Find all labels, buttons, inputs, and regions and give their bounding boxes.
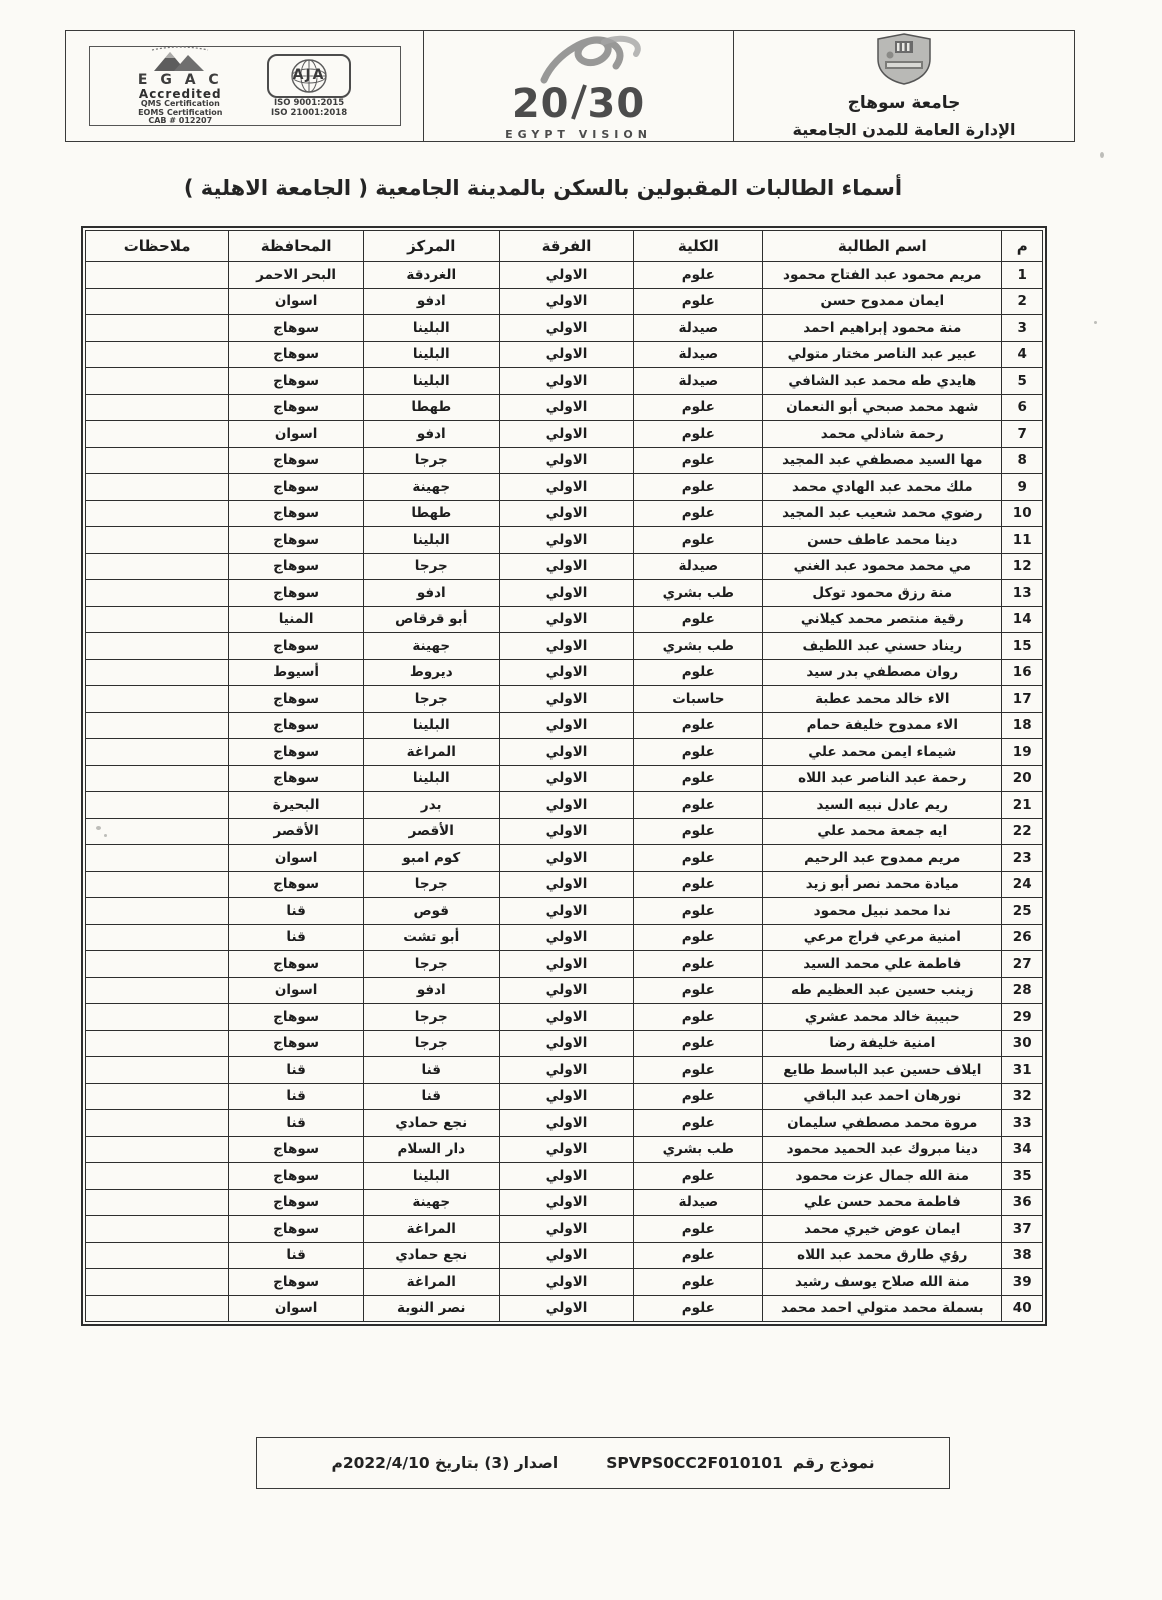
cell-grade: الاولي xyxy=(499,394,634,421)
cell-name: ريم عادل نبيه السيد xyxy=(763,792,1002,819)
vision-30: 30 xyxy=(588,86,646,122)
cell-name: ملك محمد عبد الهادي محمد xyxy=(763,474,1002,501)
cell-grade: الاولي xyxy=(499,368,634,395)
cell-no: 29 xyxy=(1002,1004,1043,1031)
cell-notes xyxy=(86,580,229,607)
cell-name: هايدي طه محمد عبد الشافي xyxy=(763,368,1002,395)
cell-college: علوم xyxy=(634,977,763,1004)
cell-center: جرجا xyxy=(363,871,499,898)
cell-grade: الاولي xyxy=(499,315,634,342)
cell-center: جرجا xyxy=(363,553,499,580)
table-row: 14رقية منتصر محمد كيلانيعلومالاوليأبو قر… xyxy=(86,606,1043,633)
scan-artifact xyxy=(104,834,107,837)
cell-no: 35 xyxy=(1002,1163,1043,1190)
form-number-code: SPVPS0CC2F010101 xyxy=(606,1454,783,1472)
cell-college: علوم xyxy=(634,262,763,289)
cell-governorate: سوهاج xyxy=(229,1189,364,1216)
cell-center: قوص xyxy=(363,898,499,925)
cell-grade: الاولي xyxy=(499,288,634,315)
students-table: م اسم الطالبة الكلية الفرقة المركز المحا… xyxy=(85,230,1043,1322)
aja-iso-line2: ISO 21001:2018 xyxy=(271,108,347,118)
cell-grade: الاولي xyxy=(499,818,634,845)
cell-notes xyxy=(86,898,229,925)
cell-college: علوم xyxy=(634,951,763,978)
cell-name: منة الله صلاح يوسف رشيد xyxy=(763,1269,1002,1296)
table-row: 20رحمة عبد الناصر عبد اللاهعلومالاوليالب… xyxy=(86,765,1043,792)
table-row: 7رحمة شاذلي محمدعلومالاوليادفواسوان xyxy=(86,421,1043,448)
cell-grade: الاولي xyxy=(499,1242,634,1269)
cell-no: 39 xyxy=(1002,1269,1043,1296)
cell-governorate: اسوان xyxy=(229,288,364,315)
table-row: 17الاء خالد محمد عطبةحاسباتالاوليجرجاسوه… xyxy=(86,686,1043,713)
table-row: 26امنية مرعي فراج مرعيعلومالاوليأبو تشتق… xyxy=(86,924,1043,951)
cell-notes xyxy=(86,288,229,315)
cell-name: حبيبة خالد محمد عشري xyxy=(763,1004,1002,1031)
table-row: 27فاطمة علي محمد السيدعلومالاوليجرجاسوها… xyxy=(86,951,1043,978)
cell-governorate: سوهاج xyxy=(229,553,364,580)
table-row: 10رضوي محمد شعيب عبد المجيدعلومالاوليطهط… xyxy=(86,500,1043,527)
form-number-box: نموذج رقم SPVPS0CC2F010101 اصدار (3) بتا… xyxy=(256,1437,950,1489)
egypt-vision-2030-logo: 20 30 EGYPT VISION xyxy=(424,31,734,141)
cell-notes xyxy=(86,951,229,978)
cell-governorate: قنا xyxy=(229,1242,364,1269)
cell-college: علوم xyxy=(634,1269,763,1296)
cell-college: علوم xyxy=(634,1242,763,1269)
cell-center: نجع حمادي xyxy=(363,1110,499,1137)
cell-college: صيدلة xyxy=(634,315,763,342)
cell-name: رضوي محمد شعيب عبد المجيد xyxy=(763,500,1002,527)
cell-college: طب بشري xyxy=(634,580,763,607)
cell-notes xyxy=(86,1030,229,1057)
cell-no: 37 xyxy=(1002,1216,1043,1243)
cell-name: بسملة محمد متولي احمد محمد xyxy=(763,1295,1002,1322)
cell-name: عبير عبد الناصر مختار متولي xyxy=(763,341,1002,368)
cell-no: 27 xyxy=(1002,951,1043,978)
table-row: 19شيماء ايمن محمد عليعلومالاوليالمراغةسو… xyxy=(86,739,1043,766)
cell-notes xyxy=(86,606,229,633)
cell-grade: الاولي xyxy=(499,739,634,766)
table-row: 33مروة محمد مصطفي سليمانعلومالاولينجع حم… xyxy=(86,1110,1043,1137)
table-row: 37ايمان عوض خيري محمدعلومالاوليالمراغةسو… xyxy=(86,1216,1043,1243)
form-issue-text: اصدار (3) بتاريخ 2022/4/10م xyxy=(331,1454,558,1472)
cell-center: قنا xyxy=(363,1057,499,1084)
cell-grade: الاولي xyxy=(499,1110,634,1137)
cell-center: جرجا xyxy=(363,1004,499,1031)
cell-college: علوم xyxy=(634,871,763,898)
cell-center: كوم امبو xyxy=(363,845,499,872)
cell-college: علوم xyxy=(634,659,763,686)
cell-notes xyxy=(86,262,229,289)
aja-label: AJA xyxy=(293,67,326,84)
cell-center: دار السلام xyxy=(363,1136,499,1163)
table-row: 16روان مصطفي بدر سيدعلومالاوليديروطأسيوط xyxy=(86,659,1043,686)
cell-name: ايمان ممدوح حسن xyxy=(763,288,1002,315)
cell-governorate: سوهاج xyxy=(229,447,364,474)
accreditation-cell: E G A C Accredited QMS Certification EOM… xyxy=(66,31,424,141)
cell-notes xyxy=(86,765,229,792)
cell-grade: الاولي xyxy=(499,606,634,633)
cell-governorate: أسيوط xyxy=(229,659,364,686)
cell-grade: الاولي xyxy=(499,1216,634,1243)
egac-letters: E G A C xyxy=(138,73,223,88)
cell-notes xyxy=(86,447,229,474)
cell-center: جهينة xyxy=(363,633,499,660)
cell-grade: الاولي xyxy=(499,553,634,580)
cell-college: علوم xyxy=(634,447,763,474)
cell-name: روان مصطفي بدر سيد xyxy=(763,659,1002,686)
cell-name: مروة محمد مصطفي سليمان xyxy=(763,1110,1002,1137)
cell-center: المراغة xyxy=(363,1269,499,1296)
cell-name: مها السيد مصطفي عبد المجيد xyxy=(763,447,1002,474)
cell-center: نصر النوبة xyxy=(363,1295,499,1322)
cell-governorate: سوهاج xyxy=(229,686,364,713)
cell-no: 15 xyxy=(1002,633,1043,660)
table-row: 5هايدي طه محمد عبد الشافيصيدلةالاوليالبل… xyxy=(86,368,1043,395)
cell-governorate: قنا xyxy=(229,898,364,925)
cell-center: البلينا xyxy=(363,527,499,554)
cell-governorate: اسوان xyxy=(229,1295,364,1322)
cell-grade: الاولي xyxy=(499,898,634,925)
scan-artifact xyxy=(1100,152,1104,158)
cell-college: علوم xyxy=(634,898,763,925)
cell-grade: الاولي xyxy=(499,1057,634,1084)
cell-no: 14 xyxy=(1002,606,1043,633)
table-row: 30امنية خليفة رضاعلومالاوليجرجاسوهاج xyxy=(86,1030,1043,1057)
cell-grade: الاولي xyxy=(499,580,634,607)
cell-governorate: قنا xyxy=(229,1057,364,1084)
cell-college: علوم xyxy=(634,792,763,819)
cell-center: جهينة xyxy=(363,1189,499,1216)
cell-governorate: البحر الاحمر xyxy=(229,262,364,289)
vision-slash-icon xyxy=(570,82,588,127)
cell-notes xyxy=(86,1242,229,1269)
cell-name: امنية مرعي فراج مرعي xyxy=(763,924,1002,951)
cell-name: ريناد حسني عبد اللطيف xyxy=(763,633,1002,660)
table-header-row: م اسم الطالبة الكلية الفرقة المركز المحا… xyxy=(86,231,1043,262)
table-row: 22ايه جمعة محمد عليعلومالاوليالأقصرالأقص… xyxy=(86,818,1043,845)
cell-governorate: سوهاج xyxy=(229,633,364,660)
cell-name: شيماء ايمن محمد علي xyxy=(763,739,1002,766)
cell-grade: الاولي xyxy=(499,1269,634,1296)
cell-center: الأقصر xyxy=(363,818,499,845)
cell-governorate: سوهاج xyxy=(229,951,364,978)
cell-grade: الاولي xyxy=(499,871,634,898)
cell-notes xyxy=(86,1189,229,1216)
cell-notes xyxy=(86,553,229,580)
cell-name: مريم ممدوح عبد الرحيم xyxy=(763,845,1002,872)
cell-notes xyxy=(86,527,229,554)
cell-notes xyxy=(86,1057,229,1084)
cell-governorate: سوهاج xyxy=(229,765,364,792)
cell-college: صيدلة xyxy=(634,368,763,395)
cell-notes xyxy=(86,1004,229,1031)
cell-name: رؤي طارق محمد عبد اللاه xyxy=(763,1242,1002,1269)
cell-governorate: سوهاج xyxy=(229,1163,364,1190)
cell-governorate: اسوان xyxy=(229,977,364,1004)
cell-name: شهد محمد صبحي أبو النعمان xyxy=(763,394,1002,421)
cell-no: 25 xyxy=(1002,898,1043,925)
egac-logo: E G A C Accredited QMS Certification EOM… xyxy=(138,46,223,125)
aja-iso-line1: ISO 9001:2015 xyxy=(274,98,344,108)
university-department: الإدارة العامة للمدن الجامعية xyxy=(793,120,1016,139)
cell-notes xyxy=(86,1110,229,1137)
cell-governorate: سوهاج xyxy=(229,500,364,527)
cell-grade: الاولي xyxy=(499,447,634,474)
cell-notes xyxy=(86,845,229,872)
table-row: 18الاء ممدوح خليفة حمامعلومالاوليالبلينا… xyxy=(86,712,1043,739)
cell-notes xyxy=(86,394,229,421)
cell-no: 8 xyxy=(1002,447,1043,474)
vision-caption: EGYPT VISION xyxy=(505,128,652,141)
cell-college: علوم xyxy=(634,1110,763,1137)
cell-notes xyxy=(86,421,229,448)
table-row: 29حبيبة خالد محمد عشريعلومالاوليجرجاسوها… xyxy=(86,1004,1043,1031)
cell-center: المراغة xyxy=(363,1216,499,1243)
cell-no: 17 xyxy=(1002,686,1043,713)
cell-college: صيدلة xyxy=(634,553,763,580)
cell-governorate: سوهاج xyxy=(229,368,364,395)
table-row: 36فاطمة محمد حسن عليصيدلةالاوليجهينةسوها… xyxy=(86,1189,1043,1216)
table-row: 23مريم ممدوح عبد الرحيمعلومالاوليكوم امب… xyxy=(86,845,1043,872)
cell-grade: الاولي xyxy=(499,977,634,1004)
cell-center: أبو قرقاص xyxy=(363,606,499,633)
col-header-number: م xyxy=(1002,231,1043,262)
col-header-grade: الفرقة xyxy=(499,231,634,262)
cell-notes xyxy=(86,474,229,501)
cell-governorate: سوهاج xyxy=(229,1269,364,1296)
cell-college: علوم xyxy=(634,1004,763,1031)
cell-college: علوم xyxy=(634,1083,763,1110)
egac-cab-number: CAB # 012207 xyxy=(148,117,212,125)
cell-no: 32 xyxy=(1002,1083,1043,1110)
cell-center: ادفو xyxy=(363,421,499,448)
table-row: 3منة محمود إبراهيم احمدصيدلةالاوليالبلين… xyxy=(86,315,1043,342)
vision-2030-numerals: 20 30 xyxy=(512,82,645,127)
cell-center: أبو تشت xyxy=(363,924,499,951)
cell-notes xyxy=(86,1163,229,1190)
cell-name: ميادة محمد نصر أبو زيد xyxy=(763,871,1002,898)
cell-no: 13 xyxy=(1002,580,1043,607)
cell-grade: الاولي xyxy=(499,1189,634,1216)
aja-globe-icon: AJA xyxy=(267,54,351,98)
cell-college: علوم xyxy=(634,421,763,448)
cell-name: رقية منتصر محمد كيلاني xyxy=(763,606,1002,633)
cell-no: 5 xyxy=(1002,368,1043,395)
table-row: 8مها السيد مصطفي عبد المجيدعلومالاوليجرج… xyxy=(86,447,1043,474)
cell-no: 26 xyxy=(1002,924,1043,951)
cell-name: نورهان احمد عبد الباقي xyxy=(763,1083,1002,1110)
cell-governorate: سوهاج xyxy=(229,580,364,607)
cell-notes xyxy=(86,341,229,368)
table-row: 2ايمان ممدوح حسنعلومالاوليادفواسوان xyxy=(86,288,1043,315)
cell-center: البلينا xyxy=(363,368,499,395)
cell-name: زينب حسين عبد العظيم طه xyxy=(763,977,1002,1004)
cell-governorate: سوهاج xyxy=(229,739,364,766)
cell-center: طهطا xyxy=(363,500,499,527)
cell-notes xyxy=(86,739,229,766)
cell-no: 19 xyxy=(1002,739,1043,766)
cell-no: 4 xyxy=(1002,341,1043,368)
cell-name: منة رزق محمود توكل xyxy=(763,580,1002,607)
table-row: 31ايلاف حسين عبد الباسط طايععلومالاوليقن… xyxy=(86,1057,1043,1084)
cell-no: 18 xyxy=(1002,712,1043,739)
cell-no: 12 xyxy=(1002,553,1043,580)
cell-grade: الاولي xyxy=(499,527,634,554)
cell-grade: الاولي xyxy=(499,1083,634,1110)
cell-name: ايلاف حسين عبد الباسط طايع xyxy=(763,1057,1002,1084)
cell-notes xyxy=(86,1269,229,1296)
cell-no: 16 xyxy=(1002,659,1043,686)
cell-college: علوم xyxy=(634,818,763,845)
table-row: 28زينب حسين عبد العظيم طهعلومالاوليادفوا… xyxy=(86,977,1043,1004)
cell-college: علوم xyxy=(634,765,763,792)
cell-college: علوم xyxy=(634,739,763,766)
table-row: 39منة الله صلاح يوسف رشيدعلومالاوليالمرا… xyxy=(86,1269,1043,1296)
col-header-college: الكلية xyxy=(634,231,763,262)
cell-college: طب بشري xyxy=(634,1136,763,1163)
cell-grade: الاولي xyxy=(499,845,634,872)
cell-center: البلينا xyxy=(363,712,499,739)
cell-notes xyxy=(86,659,229,686)
cell-no: 11 xyxy=(1002,527,1043,554)
cell-name: الاء ممدوح خليفة حمام xyxy=(763,712,1002,739)
cell-governorate: سوهاج xyxy=(229,527,364,554)
cell-college: حاسبات xyxy=(634,686,763,713)
cell-name: امنية خليفة رضا xyxy=(763,1030,1002,1057)
page-title: أسماء الطالبات المقبولين بالسكن بالمدينة… xyxy=(60,176,1026,200)
cell-notes xyxy=(86,1136,229,1163)
cell-notes xyxy=(86,633,229,660)
cell-grade: الاولي xyxy=(499,659,634,686)
cell-grade: الاولي xyxy=(499,765,634,792)
cell-governorate: سوهاج xyxy=(229,712,364,739)
cell-no: 6 xyxy=(1002,394,1043,421)
cell-college: علوم xyxy=(634,500,763,527)
students-table-wrapper: م اسم الطالبة الكلية الفرقة المركز المحا… xyxy=(81,226,1047,1326)
cell-grade: الاولي xyxy=(499,1004,634,1031)
cell-center: البلينا xyxy=(363,1163,499,1190)
cell-grade: الاولي xyxy=(499,1030,634,1057)
cell-governorate: سوهاج xyxy=(229,315,364,342)
cell-center: البلينا xyxy=(363,341,499,368)
cell-no: 2 xyxy=(1002,288,1043,315)
scan-artifact xyxy=(1094,321,1097,324)
cell-grade: الاولي xyxy=(499,1163,634,1190)
cell-center: البلينا xyxy=(363,765,499,792)
table-row: 35منة الله جمال عزت محمودعلومالاوليالبلي… xyxy=(86,1163,1043,1190)
cell-grade: الاولي xyxy=(499,500,634,527)
cell-grade: الاولي xyxy=(499,951,634,978)
cell-governorate: سوهاج xyxy=(229,871,364,898)
cell-notes xyxy=(86,315,229,342)
scanned-document-page: E G A C Accredited QMS Certification EOM… xyxy=(0,0,1162,1600)
cell-grade: الاولي xyxy=(499,474,634,501)
cell-grade: الاولي xyxy=(499,421,634,448)
cell-name: رحمة عبد الناصر عبد اللاه xyxy=(763,765,1002,792)
cell-center: جرجا xyxy=(363,951,499,978)
cell-no: 1 xyxy=(1002,262,1043,289)
cell-college: علوم xyxy=(634,606,763,633)
cell-grade: الاولي xyxy=(499,712,634,739)
cell-notes xyxy=(86,818,229,845)
cell-grade: الاولي xyxy=(499,686,634,713)
col-header-center: المركز xyxy=(363,231,499,262)
table-row: 34دينا مبروك عبد الحميد محمودطب بشريالاو… xyxy=(86,1136,1043,1163)
cell-no: 23 xyxy=(1002,845,1043,872)
cell-governorate: سوهاج xyxy=(229,1216,364,1243)
cell-center: ديروط xyxy=(363,659,499,686)
cell-grade: الاولي xyxy=(499,792,634,819)
cell-no: 30 xyxy=(1002,1030,1043,1057)
cell-name: مي محمد محمود عبد الغني xyxy=(763,553,1002,580)
cell-notes xyxy=(86,924,229,951)
cell-no: 9 xyxy=(1002,474,1043,501)
cell-governorate: قنا xyxy=(229,1110,364,1137)
accreditation-box: E G A C Accredited QMS Certification EOM… xyxy=(89,46,401,126)
cell-name: ايمان عوض خيري محمد xyxy=(763,1216,1002,1243)
cell-center: جرجا xyxy=(363,447,499,474)
cell-name: دينا مبروك عبد الحميد محمود xyxy=(763,1136,1002,1163)
cell-college: علوم xyxy=(634,1030,763,1057)
table-row: 32نورهان احمد عبد الباقيعلومالاوليقناقنا xyxy=(86,1083,1043,1110)
cell-governorate: الأقصر xyxy=(229,818,364,845)
cell-governorate: سوهاج xyxy=(229,474,364,501)
col-header-governorate: المحافظة xyxy=(229,231,364,262)
cell-notes xyxy=(86,977,229,1004)
cell-college: علوم xyxy=(634,1057,763,1084)
cell-center: جهينة xyxy=(363,474,499,501)
cell-notes xyxy=(86,500,229,527)
cell-notes xyxy=(86,871,229,898)
cell-name: الاء خالد محمد عطبة xyxy=(763,686,1002,713)
cell-no: 40 xyxy=(1002,1295,1043,1322)
cell-center: نجع حمادي xyxy=(363,1242,499,1269)
cell-college: علوم xyxy=(634,712,763,739)
cell-governorate: سوهاج xyxy=(229,1030,364,1057)
cell-college: علوم xyxy=(634,1216,763,1243)
cell-grade: الاولي xyxy=(499,1295,634,1322)
cell-center: قنا xyxy=(363,1083,499,1110)
cell-name: فاطمة علي محمد السيد xyxy=(763,951,1002,978)
cell-college: علوم xyxy=(634,474,763,501)
cell-no: 34 xyxy=(1002,1136,1043,1163)
cell-center: ادفو xyxy=(363,977,499,1004)
table-row: 15ريناد حسني عبد اللطيفطب بشريالاوليجهين… xyxy=(86,633,1043,660)
cell-grade: الاولي xyxy=(499,341,634,368)
cell-no: 36 xyxy=(1002,1189,1043,1216)
cell-no: 28 xyxy=(1002,977,1043,1004)
table-row: 38رؤي طارق محمد عبد اللاهعلومالاولينجع ح… xyxy=(86,1242,1043,1269)
cell-notes xyxy=(86,1295,229,1322)
cell-no: 3 xyxy=(1002,315,1043,342)
cell-governorate: سوهاج xyxy=(229,1004,364,1031)
cell-college: علوم xyxy=(634,845,763,872)
table-row: 4عبير عبد الناصر مختار متوليصيدلةالاوليا… xyxy=(86,341,1043,368)
cell-center: الغردقة xyxy=(363,262,499,289)
cell-no: 22 xyxy=(1002,818,1043,845)
cell-center: المراغة xyxy=(363,739,499,766)
cell-name: رحمة شاذلي محمد xyxy=(763,421,1002,448)
cell-notes xyxy=(86,686,229,713)
cell-no: 33 xyxy=(1002,1110,1043,1137)
table-row: 6شهد محمد صبحي أبو النعمانعلومالاوليطهطا… xyxy=(86,394,1043,421)
cell-no: 20 xyxy=(1002,765,1043,792)
cell-governorate: سوهاج xyxy=(229,394,364,421)
cell-center: جرجا xyxy=(363,686,499,713)
cell-notes xyxy=(86,712,229,739)
cell-center: البلينا xyxy=(363,315,499,342)
table-row: 24ميادة محمد نصر أبو زيدعلومالاوليجرجاسو… xyxy=(86,871,1043,898)
